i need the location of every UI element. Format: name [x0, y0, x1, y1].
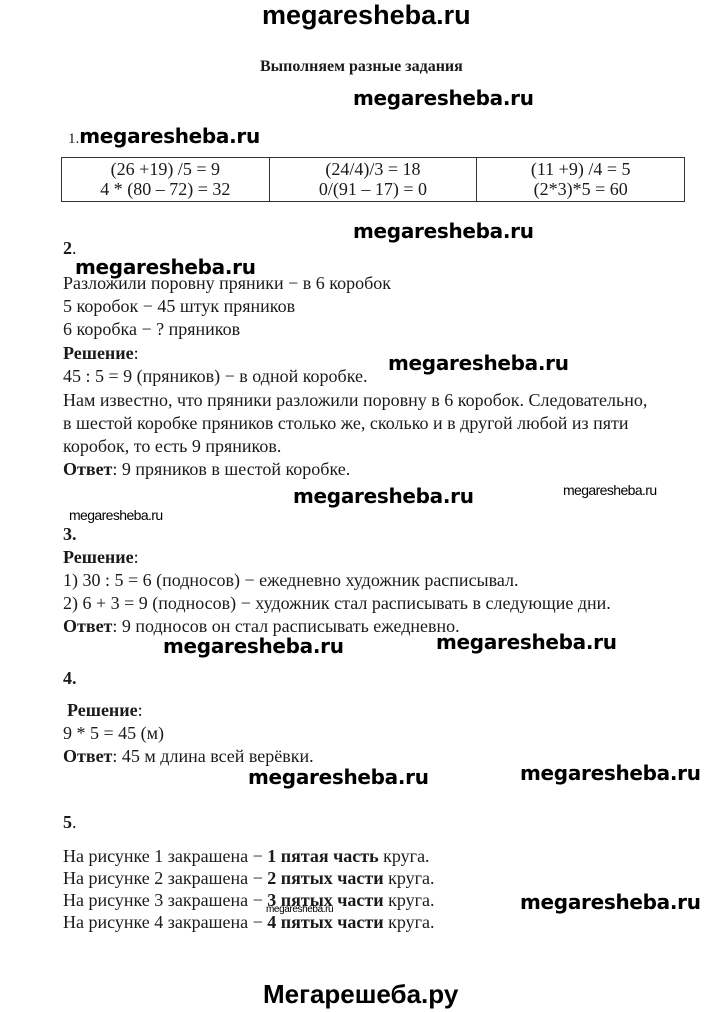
- table-cell: (26 +19) /5 = 94 * (80 – 72) = 32: [62, 158, 270, 202]
- watermark-tiny: megaresheba.ru: [266, 904, 333, 915]
- task-5-line: На рисунке 2 закрашена − 2 пятых части к…: [63, 867, 435, 890]
- watermark-header: megaresheba.ru: [262, 0, 471, 31]
- task-2-solution-line: 45 : 5 = 9 (пряников) − в одной коробке.: [63, 365, 367, 388]
- task-number: 1.: [68, 131, 79, 147]
- watermark: megaresheba.ru: [388, 351, 569, 375]
- table-cell: (24/4)/3 = 180/(91 – 17) = 0: [269, 158, 477, 202]
- watermark: megaresheba.ru: [293, 484, 474, 508]
- task-3-solution-line: 2) 6 + 3 = 9 (подносов) − художник стал …: [63, 592, 611, 615]
- table-cell: (11 +9) /4 = 5(2*3)*5 = 60: [477, 158, 685, 202]
- task-3-number: 3.: [63, 523, 77, 546]
- task-4-solution-label: Решение:: [67, 699, 143, 722]
- task-5-line: На рисунке 4 закрашена − 4 пятых части к…: [63, 911, 435, 934]
- watermark: megaresheba.ru: [353, 219, 534, 243]
- watermark: megaresheba.ru: [520, 890, 701, 914]
- task-2-condition-line: Разложили поровну пряники − в 6 коробок: [63, 272, 391, 295]
- expressions-table: (26 +19) /5 = 94 * (80 – 72) = 32 (24/4)…: [61, 157, 685, 202]
- watermark-small: megaresheba.ru: [563, 482, 657, 498]
- task-3-solution-line: 1) 30 : 5 = 6 (подносов) − ежедневно худ…: [63, 569, 519, 592]
- task-5-number: 5.: [63, 811, 77, 834]
- task-4-solution-line: 9 * 5 = 45 (м): [63, 722, 164, 745]
- task-2-solution-line: в шестой коробке пряников столько же, ск…: [63, 412, 629, 435]
- watermark: megaresheba.ru: [248, 765, 429, 789]
- task-2-answer: Ответ: 9 пряников в шестой коробке.: [63, 458, 350, 481]
- watermark: megaresheba.ru: [79, 124, 260, 148]
- watermark-small: megaresheba.ru: [69, 507, 163, 523]
- task-2-condition-line: 5 коробок − 45 штук пряников: [63, 295, 295, 318]
- task-3-solution-label: Решение:: [63, 546, 139, 569]
- task-2-solution-line: Нам известно, что пряники разложили поро…: [63, 389, 647, 412]
- watermark: megaresheba.ru: [353, 86, 534, 110]
- task-5-line: На рисунке 1 закрашена − 1 пятая часть к…: [63, 845, 430, 868]
- task-2-solution-line: коробок, то есть 9 пряников.: [63, 435, 281, 458]
- task-1-header: 1.megaresheba.ru: [68, 124, 260, 151]
- task-2-solution-label: Решение:: [63, 342, 139, 365]
- task-4-number: 4.: [63, 667, 77, 690]
- task-2-condition-line: 6 коробка − ? пряников: [63, 318, 240, 341]
- page-title: Выполняем разные задания: [260, 58, 463, 76]
- footer-watermark: Мегарешеба.ру: [263, 979, 458, 1010]
- watermark: megaresheba.ru: [436, 630, 617, 654]
- task-5-line: На рисунке 3 закрашена − 3 пятых части к…: [63, 889, 435, 912]
- watermark: megaresheba.ru: [163, 634, 344, 658]
- watermark: megaresheba.ru: [520, 761, 701, 785]
